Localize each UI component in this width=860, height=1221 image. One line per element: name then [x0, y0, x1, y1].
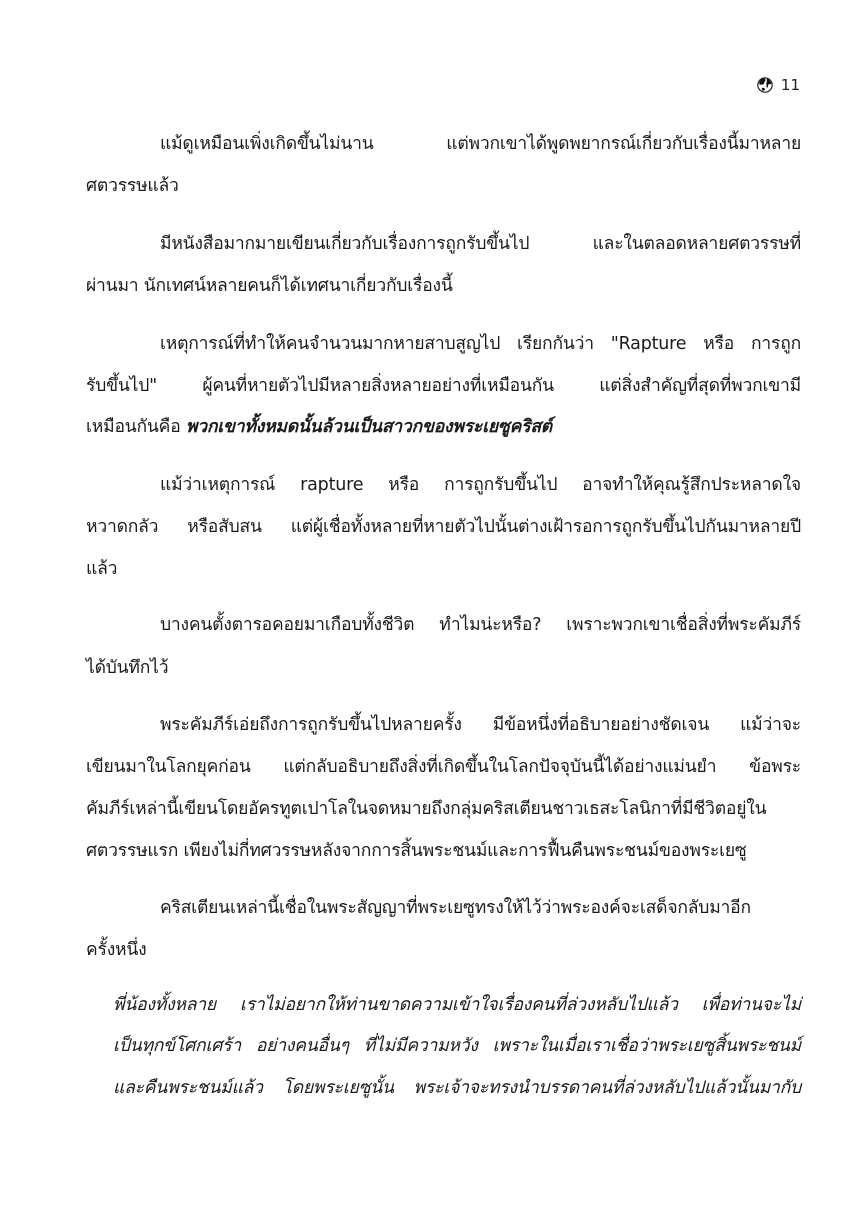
paragraph-7-line-2: ครั้งหนึ่ง — [86, 937, 801, 963]
paragraph-2-line-2: ผ่านมา นักเทศน์หลายคนก็ได้เทศนาเกี่ยวกับ… — [86, 273, 801, 299]
paragraph-6-line-2: เขียนมาในโลกยุคก่อน แต่กลับอธิบายถึงสิ่ง… — [86, 754, 801, 780]
paragraph-1-line-1: แม้ดูเหมือนเพิ่งเกิดขึ้นไม่นาน แต่พวกเขา… — [160, 131, 801, 157]
quote-line-3: และคืนพระชนม์แล้ว โดยพระเยซูนั้น พระเจ้า… — [113, 1075, 801, 1101]
paragraph-6-line-3: คัมภีร์เหล่านี้เขียนโดยอัครทูตเปาโลในจดห… — [86, 796, 801, 822]
globe-icon — [757, 77, 773, 93]
paragraph-3-line-2: รับขึ้นไป" ผู้คนที่หายตัวไปมีหลายสิ่งหลา… — [86, 373, 801, 399]
quote-line-1: พี่น้องทั้งหลาย เราไม่อยากให้ท่านขาดความ… — [113, 992, 801, 1018]
paragraph-3-line-1: เหตุการณ์ที่ทำให้คนจำนวนมากหายสาบสูญไป เ… — [160, 331, 801, 357]
paragraph-6-line-1: พระคัมภีร์เอ่ยถึงการถูกรับขึ้นไปหลายครั้… — [160, 712, 801, 738]
quote-line-2: เป็นทุกข์โศกเศร้า อย่างคนอื่นๆ ที่ไม่มีค… — [113, 1033, 801, 1059]
paragraph-5-line-2: ได้บันทึกไว้ — [86, 655, 801, 681]
paragraph-4-line-3: แล้ว — [86, 556, 801, 582]
paragraph-2-line-1: มีหนังสือมากมายเขียนเกี่ยวกับเรื่องการถู… — [160, 231, 801, 257]
paragraph-3-line-3-text: เหมือนกันคือ — [86, 417, 186, 437]
paragraph-4-line-1: แม้ว่าเหตุการณ์ rapture หรือ การถูกรับขึ… — [160, 472, 801, 498]
emphasis-text: พวกเขาทั้งหมดนั้นล้วนเป็นสาวกของพระเยซูค… — [186, 417, 552, 437]
page-header: 11 — [757, 76, 800, 94]
paragraph-6-line-4: ศตวรรษแรก เพียงไม่กี่ทศวรรษหลังจากการสิ้… — [86, 838, 801, 864]
paragraph-7-line-1: คริสเตียนเหล่านี้เชื่อในพระสัญญาที่พระเย… — [160, 895, 801, 921]
paragraph-1-line-2: ศตวรรษแล้ว — [86, 173, 801, 199]
paragraph-4-line-2: หวาดกลัว หรือสับสน แต่ผู้เชื่อทั้งหลายที… — [86, 514, 801, 540]
page-number: 11 — [781, 76, 800, 94]
paragraph-3-line-3: เหมือนกันคือ พวกเขาทั้งหมดนั้นล้วนเป็นสา… — [86, 414, 801, 440]
paragraph-5-line-1: บางคนตั้งตารอคอยมาเกือบทั้งชีวิต ทำไมน่ะ… — [160, 612, 801, 638]
